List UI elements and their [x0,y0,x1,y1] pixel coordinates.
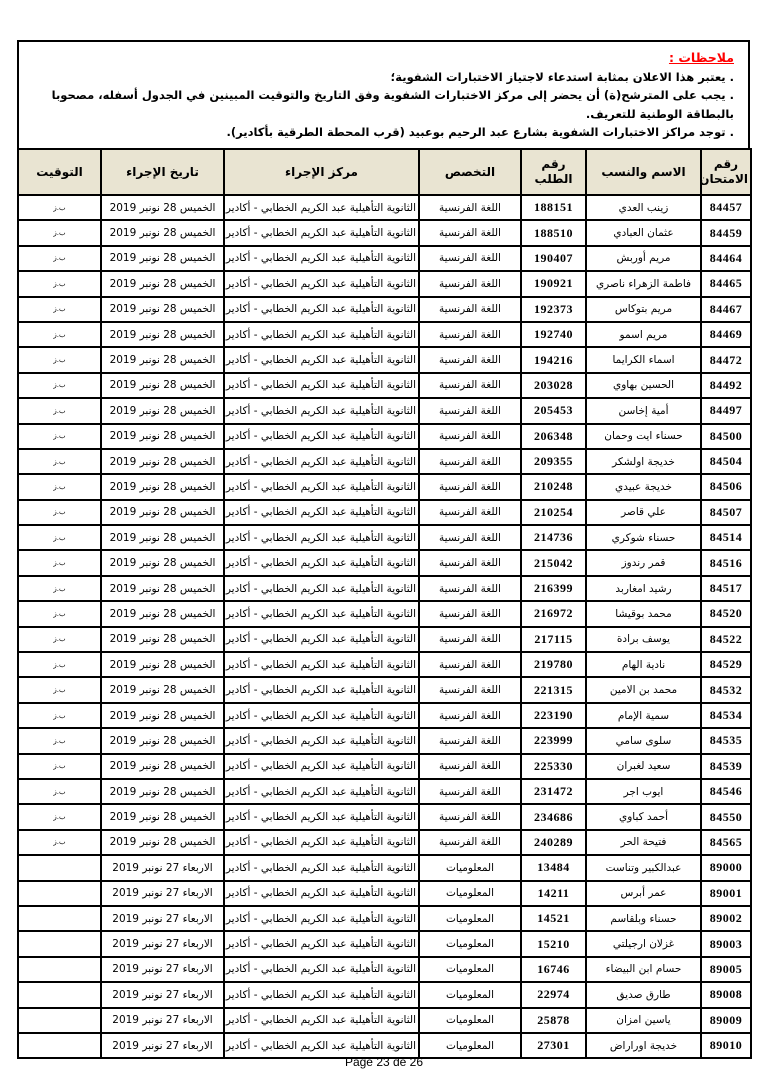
exam-number-cell: 84565 [701,830,751,855]
specialty-cell: المعلوميات [419,881,521,906]
specialty-cell: اللغة الفرنسية [419,500,521,525]
exam-number-cell: 84522 [701,627,751,652]
table-row: 84497أمية إخاسن205453اللغة الفرنسيةالثان… [18,398,751,423]
name-cell: حسناء شوكري [586,525,701,550]
name-cell: فتيحة الحر [586,830,701,855]
time-cell: ب.ز [18,297,101,322]
time-cell: ب.ز [18,474,101,499]
center-cell: الثانوية التأهيلية عبد الكريم الخطابي - … [224,449,419,474]
request-number-cell: 206348 [521,424,586,449]
name-cell: مريم أوربش [586,246,701,271]
time-cell: ب.ز [18,703,101,728]
table-row: 84529نادية الهام219780اللغة الفرنسيةالثا… [18,652,751,677]
table-row: 84532محمد بن الامين221315اللغة الفرنسيةا… [18,677,751,702]
name-cell: سلوى سامي [586,728,701,753]
exam-number-cell: 84472 [701,347,751,372]
table-row: 89002حسناء وبلقاسم14521المعلومياتالثانوي… [18,906,751,931]
table-row: 84464مريم أوربش190407اللغة الفرنسيةالثان… [18,246,751,271]
specialty-cell: اللغة الفرنسية [419,373,521,398]
time-cell: ب.ز [18,754,101,779]
name-cell: زينب العدي [586,195,701,220]
specialty-cell: اللغة الفرنسية [419,830,521,855]
center-cell: الثانوية التأهيلية عبد الكريم الخطابي - … [224,855,419,880]
table-row: 84516قمر رندوز215042اللغة الفرنسيةالثانو… [18,550,751,575]
table-row: 84522يوسف برادة217115اللغة الفرنسيةالثان… [18,627,751,652]
date-cell: الخميس 28 نونبر 2019 [101,297,224,322]
time-cell: ب.ز [18,779,101,804]
specialty-cell: المعلوميات [419,855,521,880]
date-cell: الاربعاء 27 نونبر 2019 [101,982,224,1007]
name-cell: ايوب اجر [586,779,701,804]
exam-number-cell: 84459 [701,220,751,245]
time-cell: ب.ز [18,652,101,677]
center-cell: الثانوية التأهيلية عبد الكريم الخطابي - … [224,779,419,804]
name-cell: مريم بتوكاس [586,297,701,322]
request-number-cell: 16746 [521,957,586,982]
name-cell: عمر أبرس [586,881,701,906]
column-header-specialty: التخصص [419,149,521,195]
column-header-date: تاريخ الإجراء [101,149,224,195]
time-cell [18,906,101,931]
request-number-cell: 25878 [521,1008,586,1033]
center-cell: الثانوية التأهيلية عبد الكريم الخطابي - … [224,398,419,423]
specialty-cell: اللغة الفرنسية [419,728,521,753]
name-cell: يوسف برادة [586,627,701,652]
name-cell: رشيد امغاربد [586,576,701,601]
center-cell: الثانوية التأهيلية عبد الكريم الخطابي - … [224,881,419,906]
page-footer: Page 23 de 26 [0,1055,768,1069]
date-cell: الخميس 28 نونبر 2019 [101,525,224,550]
table-row: 84550أحمد كباوي234686اللغة الفرنسيةالثان… [18,804,751,829]
exam-number-cell: 84500 [701,424,751,449]
request-number-cell: 216399 [521,576,586,601]
date-cell: الخميس 28 نونبر 2019 [101,195,224,220]
name-cell: ياسين امزان [586,1008,701,1033]
time-cell: ب.ز [18,627,101,652]
specialty-cell: اللغة الفرنسية [419,652,521,677]
table-row: 84517رشيد امغاربد216399اللغة الفرنسيةالث… [18,576,751,601]
request-number-cell: 214736 [521,525,586,550]
center-cell: الثانوية التأهيلية عبد الكريم الخطابي - … [224,576,419,601]
exam-number-cell: 84506 [701,474,751,499]
time-cell [18,1008,101,1033]
specialty-cell: اللغة الفرنسية [419,322,521,347]
center-cell: الثانوية التأهيلية عبد الكريم الخطابي - … [224,373,419,398]
time-cell: ب.ز [18,500,101,525]
name-cell: محمد بوقيشا [586,601,701,626]
exam-number-cell: 89005 [701,957,751,982]
table-row: 84514حسناء شوكري214736اللغة الفرنسيةالثا… [18,525,751,550]
center-cell: الثانوية التأهيلية عبد الكريم الخطابي - … [224,220,419,245]
request-number-cell: 190921 [521,271,586,296]
notes-title: ملاحظات : [29,50,734,65]
specialty-cell: اللغة الفرنسية [419,601,521,626]
specialty-cell: اللغة الفرنسية [419,220,521,245]
date-cell: الاربعاء 27 نونبر 2019 [101,906,224,931]
table-row: 84520محمد بوقيشا216972اللغة الفرنسيةالثا… [18,601,751,626]
date-cell: الخميس 28 نونبر 2019 [101,500,224,525]
table-row: 84504خديجة اولشكر209355اللغة الفرنسيةالث… [18,449,751,474]
exam-number-cell: 84546 [701,779,751,804]
request-number-cell: 14521 [521,906,586,931]
column-header-name: الاسم والنسب [586,149,701,195]
table-header-row: رقم الامتحان الاسم والنسب رقم الطلب التخ… [18,149,751,195]
request-number-cell: 215042 [521,550,586,575]
date-cell: الخميس 28 نونبر 2019 [101,601,224,626]
table-row: 84534سمية الإمام223190اللغة الفرنسيةالثا… [18,703,751,728]
time-cell [18,881,101,906]
exam-number-cell: 89002 [701,906,751,931]
center-cell: الثانوية التأهيلية عبد الكريم الخطابي - … [224,297,419,322]
time-cell: ب.ز [18,322,101,347]
center-cell: الثانوية التأهيلية عبد الكريم الخطابي - … [224,703,419,728]
date-cell: الخميس 28 نونبر 2019 [101,830,224,855]
specialty-cell: المعلوميات [419,931,521,956]
specialty-cell: اللغة الفرنسية [419,246,521,271]
table-row: 89005حسام ابن البيضاء16746المعلومياتالثا… [18,957,751,982]
time-cell: ب.ز [18,398,101,423]
date-cell: الخميس 28 نونبر 2019 [101,474,224,499]
exam-number-cell: 84467 [701,297,751,322]
table-row: 84507علي قاصر210254اللغة الفرنسيةالثانوي… [18,500,751,525]
date-cell: الاربعاء 27 نونبر 2019 [101,881,224,906]
exam-number-cell: 89000 [701,855,751,880]
date-cell: الخميس 28 نونبر 2019 [101,398,224,423]
time-cell: ب.ز [18,576,101,601]
center-cell: الثانوية التأهيلية عبد الكريم الخطابي - … [224,804,419,829]
request-number-cell: 192373 [521,297,586,322]
request-number-cell: 188510 [521,220,586,245]
specialty-cell: اللغة الفرنسية [419,779,521,804]
time-cell [18,957,101,982]
exam-number-cell: 84507 [701,500,751,525]
name-cell: عبدالكبير وتناست [586,855,701,880]
time-cell [18,982,101,1007]
table-row: 89001عمر أبرس14211المعلومياتالثانوية الت… [18,881,751,906]
table-body: 84457زينب العدي188151اللغة الفرنسيةالثان… [18,195,751,1058]
time-cell: ب.ز [18,525,101,550]
date-cell: الخميس 28 نونبر 2019 [101,424,224,449]
name-cell: مريم اسمو [586,322,701,347]
table-row: 84465فاطمة الزهراء ناصري190921اللغة الفر… [18,271,751,296]
request-number-cell: 210248 [521,474,586,499]
name-cell: طارق صديق [586,982,701,1007]
note-line-2: . يجب على المترشح(ة) أن يحضر إلى مركز ال… [29,86,734,123]
exam-number-cell: 89009 [701,1008,751,1033]
specialty-cell: اللغة الفرنسية [419,550,521,575]
date-cell: الخميس 28 نونبر 2019 [101,728,224,753]
date-cell: الاربعاء 27 نونبر 2019 [101,957,224,982]
time-cell: ب.ز [18,728,101,753]
specialty-cell: اللغة الفرنسية [419,525,521,550]
exam-number-cell: 84516 [701,550,751,575]
request-number-cell: 194216 [521,347,586,372]
time-cell: ب.ز [18,601,101,626]
name-cell: حسناء وبلقاسم [586,906,701,931]
name-cell: نادية الهام [586,652,701,677]
center-cell: الثانوية التأهيلية عبد الكريم الخطابي - … [224,550,419,575]
center-cell: الثانوية التأهيلية عبد الكريم الخطابي - … [224,500,419,525]
exam-number-cell: 84492 [701,373,751,398]
specialty-cell: اللغة الفرنسية [419,627,521,652]
time-cell: ب.ز [18,424,101,449]
exam-number-cell: 84550 [701,804,751,829]
name-cell: علي قاصر [586,500,701,525]
request-number-cell: 190407 [521,246,586,271]
request-number-cell: 216972 [521,601,586,626]
exam-number-cell: 84517 [701,576,751,601]
center-cell: الثانوية التأهيلية عبد الكريم الخطابي - … [224,246,419,271]
specialty-cell: المعلوميات [419,1008,521,1033]
date-cell: الخميس 28 نونبر 2019 [101,246,224,271]
date-cell: الخميس 28 نونبر 2019 [101,779,224,804]
center-cell: الثانوية التأهيلية عبد الكريم الخطابي - … [224,931,419,956]
table-row: 89008طارق صديق22974المعلومياتالثانوية ال… [18,982,751,1007]
table-row: 84492الحسين بهاوي203028اللغة الفرنسيةالث… [18,373,751,398]
date-cell: الاربعاء 27 نونبر 2019 [101,1008,224,1033]
time-cell: ب.ز [18,271,101,296]
center-cell: الثانوية التأهيلية عبد الكريم الخطابي - … [224,627,419,652]
date-cell: الخميس 28 نونبر 2019 [101,703,224,728]
exam-number-cell: 84529 [701,652,751,677]
center-cell: الثانوية التأهيلية عبد الكريم الخطابي - … [224,1008,419,1033]
center-cell: الثانوية التأهيلية عبد الكريم الخطابي - … [224,424,419,449]
table-row: 89003غزلان ارجيلتي15210المعلومياتالثانوي… [18,931,751,956]
time-cell: ب.ز [18,677,101,702]
table-row: 89009ياسين امزان25878المعلومياتالثانوية … [18,1008,751,1033]
time-cell: ب.ز [18,220,101,245]
specialty-cell: اللغة الفرنسية [419,271,521,296]
exam-number-cell: 84497 [701,398,751,423]
center-cell: الثانوية التأهيلية عبد الكريم الخطابي - … [224,728,419,753]
request-number-cell: 13484 [521,855,586,880]
column-header-center: مركز الإجراء [224,149,419,195]
table-row: 84457زينب العدي188151اللغة الفرنسيةالثان… [18,195,751,220]
date-cell: الخميس 28 نونبر 2019 [101,347,224,372]
request-number-cell: 210254 [521,500,586,525]
exam-number-cell: 84464 [701,246,751,271]
center-cell: الثانوية التأهيلية عبد الكريم الخطابي - … [224,271,419,296]
exam-number-cell: 84514 [701,525,751,550]
exam-number-cell: 84504 [701,449,751,474]
date-cell: الخميس 28 نونبر 2019 [101,627,224,652]
exam-number-cell: 84532 [701,677,751,702]
request-number-cell: 223999 [521,728,586,753]
request-number-cell: 22974 [521,982,586,1007]
column-header-time: التوقيت [18,149,101,195]
specialty-cell: اللغة الفرنسية [419,347,521,372]
request-number-cell: 188151 [521,195,586,220]
table-row: 84472اسماء الكرايما194216اللغة الفرنسيةا… [18,347,751,372]
date-cell: الخميس 28 نونبر 2019 [101,449,224,474]
time-cell [18,855,101,880]
center-cell: الثانوية التأهيلية عبد الكريم الخطابي - … [224,474,419,499]
specialty-cell: المعلوميات [419,906,521,931]
time-cell: ب.ز [18,246,101,271]
request-number-cell: 240289 [521,830,586,855]
name-cell: خديجة عبيدي [586,474,701,499]
date-cell: الخميس 28 نونبر 2019 [101,271,224,296]
exam-number-cell: 84520 [701,601,751,626]
table-row: 84500حسناء ايت وحمان206348اللغة الفرنسية… [18,424,751,449]
table-row: 84565فتيحة الحر240289اللغة الفرنسيةالثان… [18,830,751,855]
center-cell: الثانوية التأهيلية عبد الكريم الخطابي - … [224,347,419,372]
request-number-cell: 14211 [521,881,586,906]
table-row: 84546ايوب اجر231472اللغة الفرنسيةالثانوي… [18,779,751,804]
name-cell: أمية إخاسن [586,398,701,423]
table-row: 84506خديجة عبيدي210248اللغة الفرنسيةالثا… [18,474,751,499]
table-row: 84539سعيد لغبران225330اللغة الفرنسيةالثا… [18,754,751,779]
request-number-cell: 231472 [521,779,586,804]
center-cell: الثانوية التأهيلية عبد الكريم الخطابي - … [224,677,419,702]
name-cell: قمر رندوز [586,550,701,575]
center-cell: الثانوية التأهيلية عبد الكريم الخطابي - … [224,982,419,1007]
time-cell: ب.ز [18,804,101,829]
specialty-cell: اللغة الفرنسية [419,703,521,728]
date-cell: الاربعاء 27 نونبر 2019 [101,931,224,956]
center-cell: الثانوية التأهيلية عبد الكريم الخطابي - … [224,754,419,779]
name-cell: اسماء الكرايما [586,347,701,372]
center-cell: الثانوية التأهيلية عبد الكريم الخطابي - … [224,830,419,855]
specialty-cell: اللغة الفرنسية [419,424,521,449]
center-cell: الثانوية التأهيلية عبد الكريم الخطابي - … [224,601,419,626]
center-cell: الثانوية التأهيلية عبد الكريم الخطابي - … [224,525,419,550]
name-cell: فاطمة الزهراء ناصري [586,271,701,296]
specialty-cell: اللغة الفرنسية [419,576,521,601]
name-cell: سعيد لغبران [586,754,701,779]
specialty-cell: اللغة الفرنسية [419,474,521,499]
specialty-cell: المعلوميات [419,957,521,982]
table-row: 84467مريم بتوكاس192373اللغة الفرنسيةالثا… [18,297,751,322]
time-cell: ب.ز [18,550,101,575]
date-cell: الاربعاء 27 نونبر 2019 [101,855,224,880]
date-cell: الخميس 28 نونبر 2019 [101,550,224,575]
time-cell: ب.ز [18,373,101,398]
column-header-request-number: رقم الطلب [521,149,586,195]
exam-number-cell: 89008 [701,982,751,1007]
table-row: 84459عثمان العبادي188510اللغة الفرنسيةال… [18,220,751,245]
date-cell: الخميس 28 نونبر 2019 [101,754,224,779]
name-cell: خديجة اولشكر [586,449,701,474]
name-cell: سمية الإمام [586,703,701,728]
time-cell: ب.ز [18,347,101,372]
exam-number-cell: 89001 [701,881,751,906]
date-cell: الخميس 28 نونبر 2019 [101,322,224,347]
column-header-exam-number: رقم الامتحان [701,149,751,195]
specialty-cell: اللغة الفرنسية [419,677,521,702]
specialty-cell: المعلوميات [419,982,521,1007]
request-number-cell: 221315 [521,677,586,702]
request-number-cell: 205453 [521,398,586,423]
center-cell: الثانوية التأهيلية عبد الكريم الخطابي - … [224,322,419,347]
note-line-1: . يعتبر هذا الاعلان بمثابة استدعاء لاجتي… [29,68,734,86]
table-row: 89000عبدالكبير وتناست13484المعلومياتالثا… [18,855,751,880]
request-number-cell: 223190 [521,703,586,728]
specialty-cell: اللغة الفرنسية [419,195,521,220]
time-cell [18,931,101,956]
request-number-cell: 217115 [521,627,586,652]
exam-number-cell: 84535 [701,728,751,753]
name-cell: محمد بن الامين [586,677,701,702]
time-cell: ب.ز [18,830,101,855]
exam-schedule-table: رقم الامتحان الاسم والنسب رقم الطلب التخ… [17,148,752,1059]
name-cell: حسام ابن البيضاء [586,957,701,982]
notes-box: ملاحظات : . يعتبر هذا الاعلان بمثابة است… [17,40,750,156]
name-cell: عثمان العبادي [586,220,701,245]
specialty-cell: اللغة الفرنسية [419,804,521,829]
name-cell: غزلان ارجيلتي [586,931,701,956]
name-cell: حسناء ايت وحمان [586,424,701,449]
table-row: 84535سلوى سامي223999اللغة الفرنسيةالثانو… [18,728,751,753]
request-number-cell: 219780 [521,652,586,677]
date-cell: الخميس 28 نونبر 2019 [101,677,224,702]
date-cell: الخميس 28 نونبر 2019 [101,576,224,601]
table-row: 84469مريم اسمو192740اللغة الفرنسيةالثانو… [18,322,751,347]
exam-number-cell: 89003 [701,931,751,956]
exam-number-cell: 84457 [701,195,751,220]
exam-number-cell: 84539 [701,754,751,779]
name-cell: الحسين بهاوي [586,373,701,398]
center-cell: الثانوية التأهيلية عبد الكريم الخطابي - … [224,652,419,677]
document-page: ملاحظات : . يعتبر هذا الاعلان بمثابة است… [0,0,768,1086]
name-cell: أحمد كباوي [586,804,701,829]
specialty-cell: اللغة الفرنسية [419,297,521,322]
center-cell: الثانوية التأهيلية عبد الكريم الخطابي - … [224,906,419,931]
request-number-cell: 234686 [521,804,586,829]
date-cell: الخميس 28 نونبر 2019 [101,652,224,677]
specialty-cell: اللغة الفرنسية [419,449,521,474]
exam-number-cell: 84465 [701,271,751,296]
request-number-cell: 209355 [521,449,586,474]
request-number-cell: 192740 [521,322,586,347]
date-cell: الخميس 28 نونبر 2019 [101,804,224,829]
time-cell: ب.ز [18,449,101,474]
request-number-cell: 15210 [521,931,586,956]
date-cell: الخميس 28 نونبر 2019 [101,220,224,245]
specialty-cell: اللغة الفرنسية [419,398,521,423]
exam-number-cell: 84534 [701,703,751,728]
time-cell: ب.ز [18,195,101,220]
request-number-cell: 225330 [521,754,586,779]
center-cell: الثانوية التأهيلية عبد الكريم الخطابي - … [224,195,419,220]
note-line-3: . توجد مراكز الاختبارات الشفوية بشارع عب… [29,123,734,141]
specialty-cell: اللغة الفرنسية [419,754,521,779]
request-number-cell: 203028 [521,373,586,398]
date-cell: الخميس 28 نونبر 2019 [101,373,224,398]
center-cell: الثانوية التأهيلية عبد الكريم الخطابي - … [224,957,419,982]
exam-number-cell: 84469 [701,322,751,347]
